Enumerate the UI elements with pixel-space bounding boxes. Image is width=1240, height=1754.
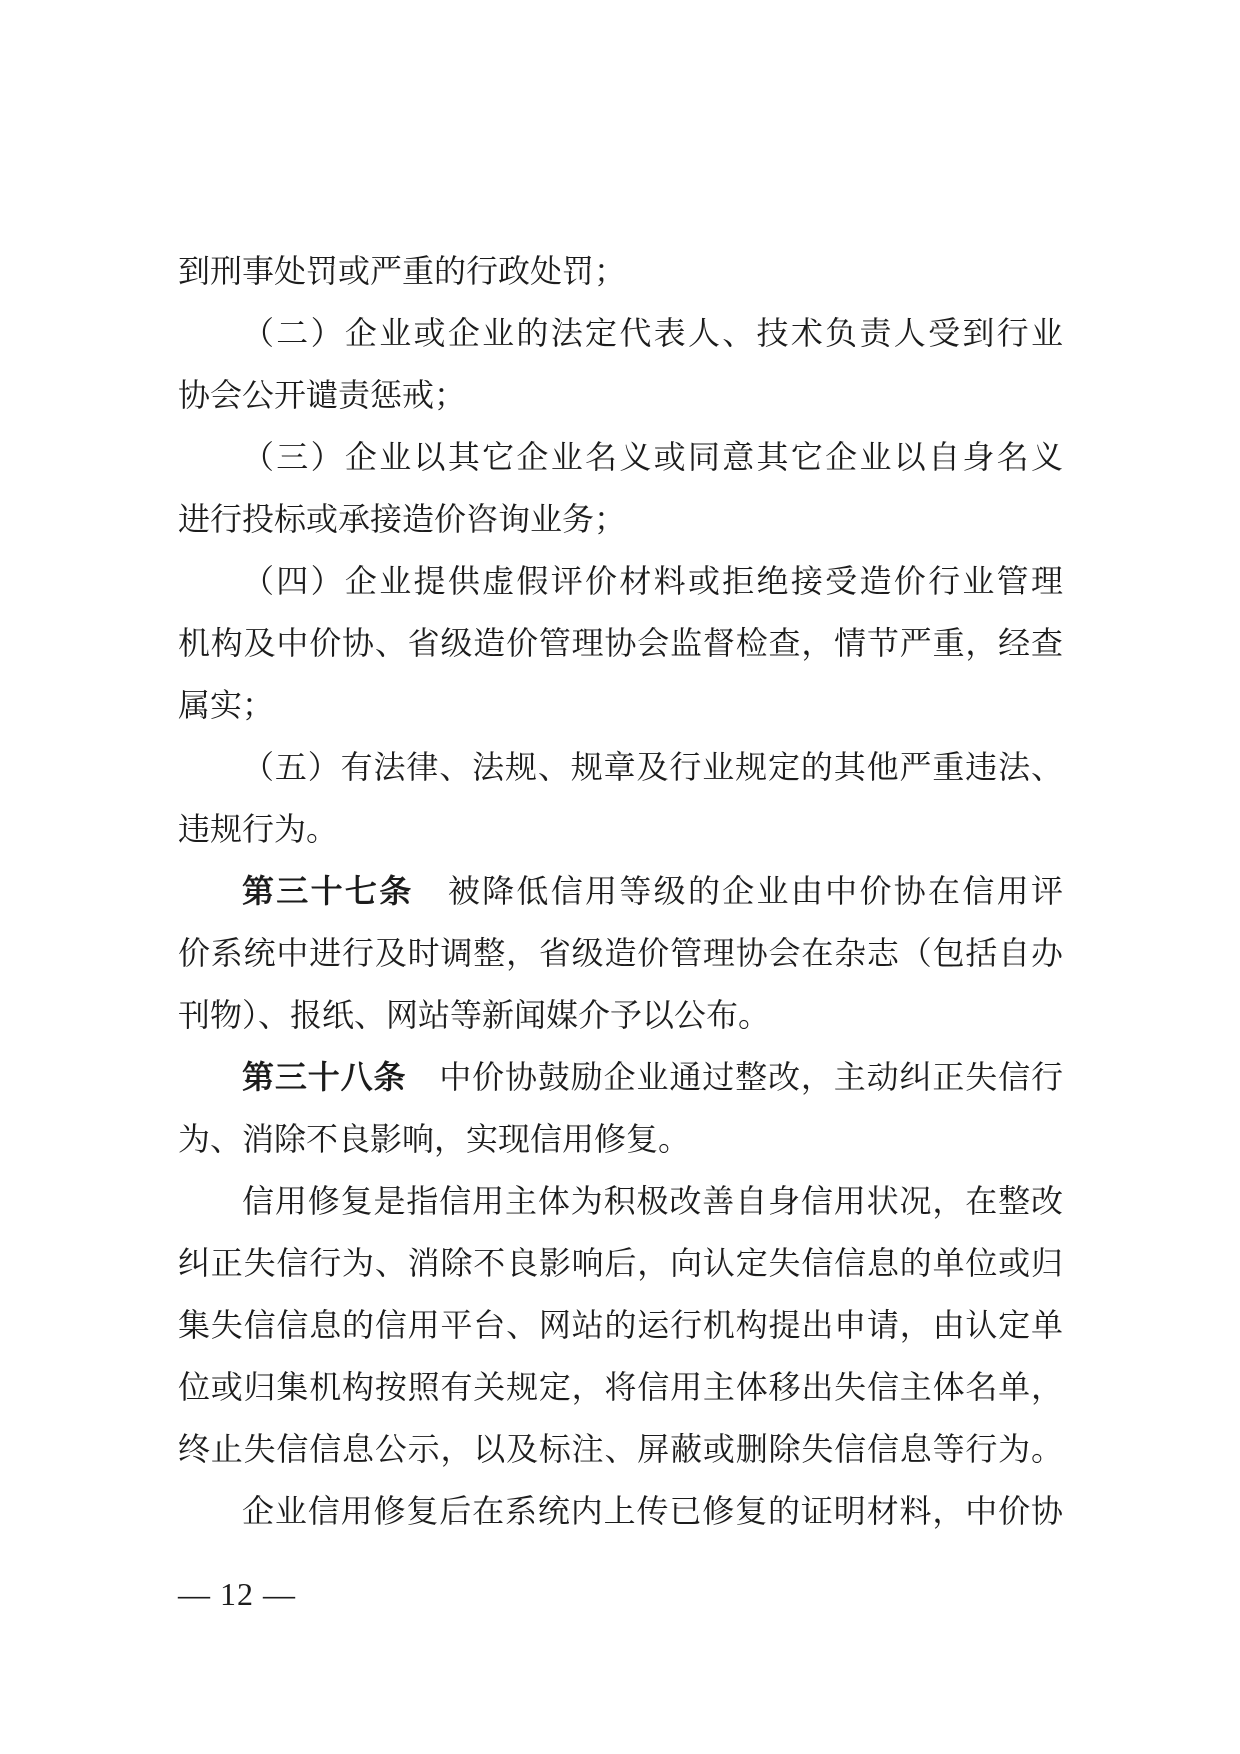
text-segment: 集失信信息的信用平台、网站的运行机构提出申请，由认定单 [178,1307,1063,1343]
text-segment: 违规行为。 [178,811,338,847]
text-line: （三）企业以其它企业名义或同意其它企业以自身名义 [178,426,1063,488]
text-segment: 被降低信用等级的企业由中价协在信用评 [414,873,1063,909]
text-segment: （四）企业提供虚假评价材料或拒绝接受造价行业管理 [242,563,1063,599]
text-segment: 进行投标或承接造价咨询业务； [178,501,626,537]
text-segment: 信用修复是指信用主体为积极改善自身信用状况，在整改 [242,1183,1063,1219]
text-line: （二）企业或企业的法定代表人、技术负责人受到行业 [178,302,1063,364]
text-segment: 到刑事处罚或严重的行政处罚； [178,253,626,289]
text-segment: 终止失信信息公示，以及标注、屏蔽或删除失信信息等行为。 [178,1431,1063,1467]
text-segment: 属实； [178,687,274,723]
text-segment: （五）有法律、法规、规章及行业规定的其他严重违法、 [242,749,1063,785]
text-line: （四）企业提供虚假评价材料或拒绝接受造价行业管理 [178,550,1063,612]
text-segment: 机构及中价协、省级造价管理协会监督检查，情节严重，经查 [178,625,1063,661]
text-segment: 企业信用修复后在系统内上传已修复的证明材料，中价协 [242,1493,1063,1529]
text-segment: （二）企业或企业的法定代表人、技术负责人受到行业 [242,315,1063,351]
text-line: 机构及中价协、省级造价管理协会监督检查，情节严重，经查 [178,612,1063,674]
text-segment: 为、消除不良影响，实现信用修复。 [178,1121,690,1157]
text-segment: （三）企业以其它企业名义或同意其它企业以自身名义 [242,439,1063,475]
article-number: 第三十七条 [242,873,414,909]
article-number: 第三十八条 [242,1059,406,1095]
text-line: 刊物）、报纸、网站等新闻媒介予以公布。 [178,984,1063,1046]
text-segment: 刊物）、报纸、网站等新闻媒介予以公布。 [178,997,770,1033]
page-number: — 12 — [178,1576,296,1612]
text-line: 为、消除不良影响，实现信用修复。 [178,1108,1063,1170]
text-line: 价系统中进行及时调整，省级造价管理协会在杂志（包括自办 [178,922,1063,984]
text-line: 位或归集机构按照有关规定，将信用主体移出失信主体名单， [178,1356,1063,1418]
text-segment: 协会公开谴责惩戒； [178,377,466,413]
text-line: 集失信信息的信用平台、网站的运行机构提出申请，由认定单 [178,1294,1063,1356]
text-line: 纠正失信行为、消除不良影响后，向认定失信信息的单位或归 [178,1232,1063,1294]
text-line: 到刑事处罚或严重的行政处罚； [178,240,1063,302]
text-line: 属实； [178,674,1063,736]
text-segment: 价系统中进行及时调整，省级造价管理协会在杂志（包括自办 [178,935,1063,971]
text-segment: 纠正失信行为、消除不良影响后，向认定失信信息的单位或归 [178,1245,1063,1281]
document-page: 到刑事处罚或严重的行政处罚；（二）企业或企业的法定代表人、技术负责人受到行业协会… [0,0,1240,1754]
text-line: 第三十七条 被降低信用等级的企业由中价协在信用评 [178,860,1063,922]
text-line: 协会公开谴责惩戒； [178,364,1063,426]
text-line: 信用修复是指信用主体为积极改善自身信用状况，在整改 [178,1170,1063,1232]
text-line: 违规行为。 [178,798,1063,860]
text-line: 进行投标或承接造价咨询业务； [178,488,1063,550]
document-body: 到刑事处罚或严重的行政处罚；（二）企业或企业的法定代表人、技术负责人受到行业协会… [178,240,1063,1542]
text-line: 终止失信信息公示，以及标注、屏蔽或删除失信信息等行为。 [178,1418,1063,1480]
text-segment: 位或归集机构按照有关规定，将信用主体移出失信主体名单， [178,1369,1063,1405]
text-line: 第三十八条 中价协鼓励企业通过整改，主动纠正失信行 [178,1046,1063,1108]
text-line: 企业信用修复后在系统内上传已修复的证明材料，中价协 [178,1480,1063,1542]
text-segment: 中价协鼓励企业通过整改，主动纠正失信行 [406,1059,1063,1095]
text-line: （五）有法律、法规、规章及行业规定的其他严重违法、 [178,736,1063,798]
